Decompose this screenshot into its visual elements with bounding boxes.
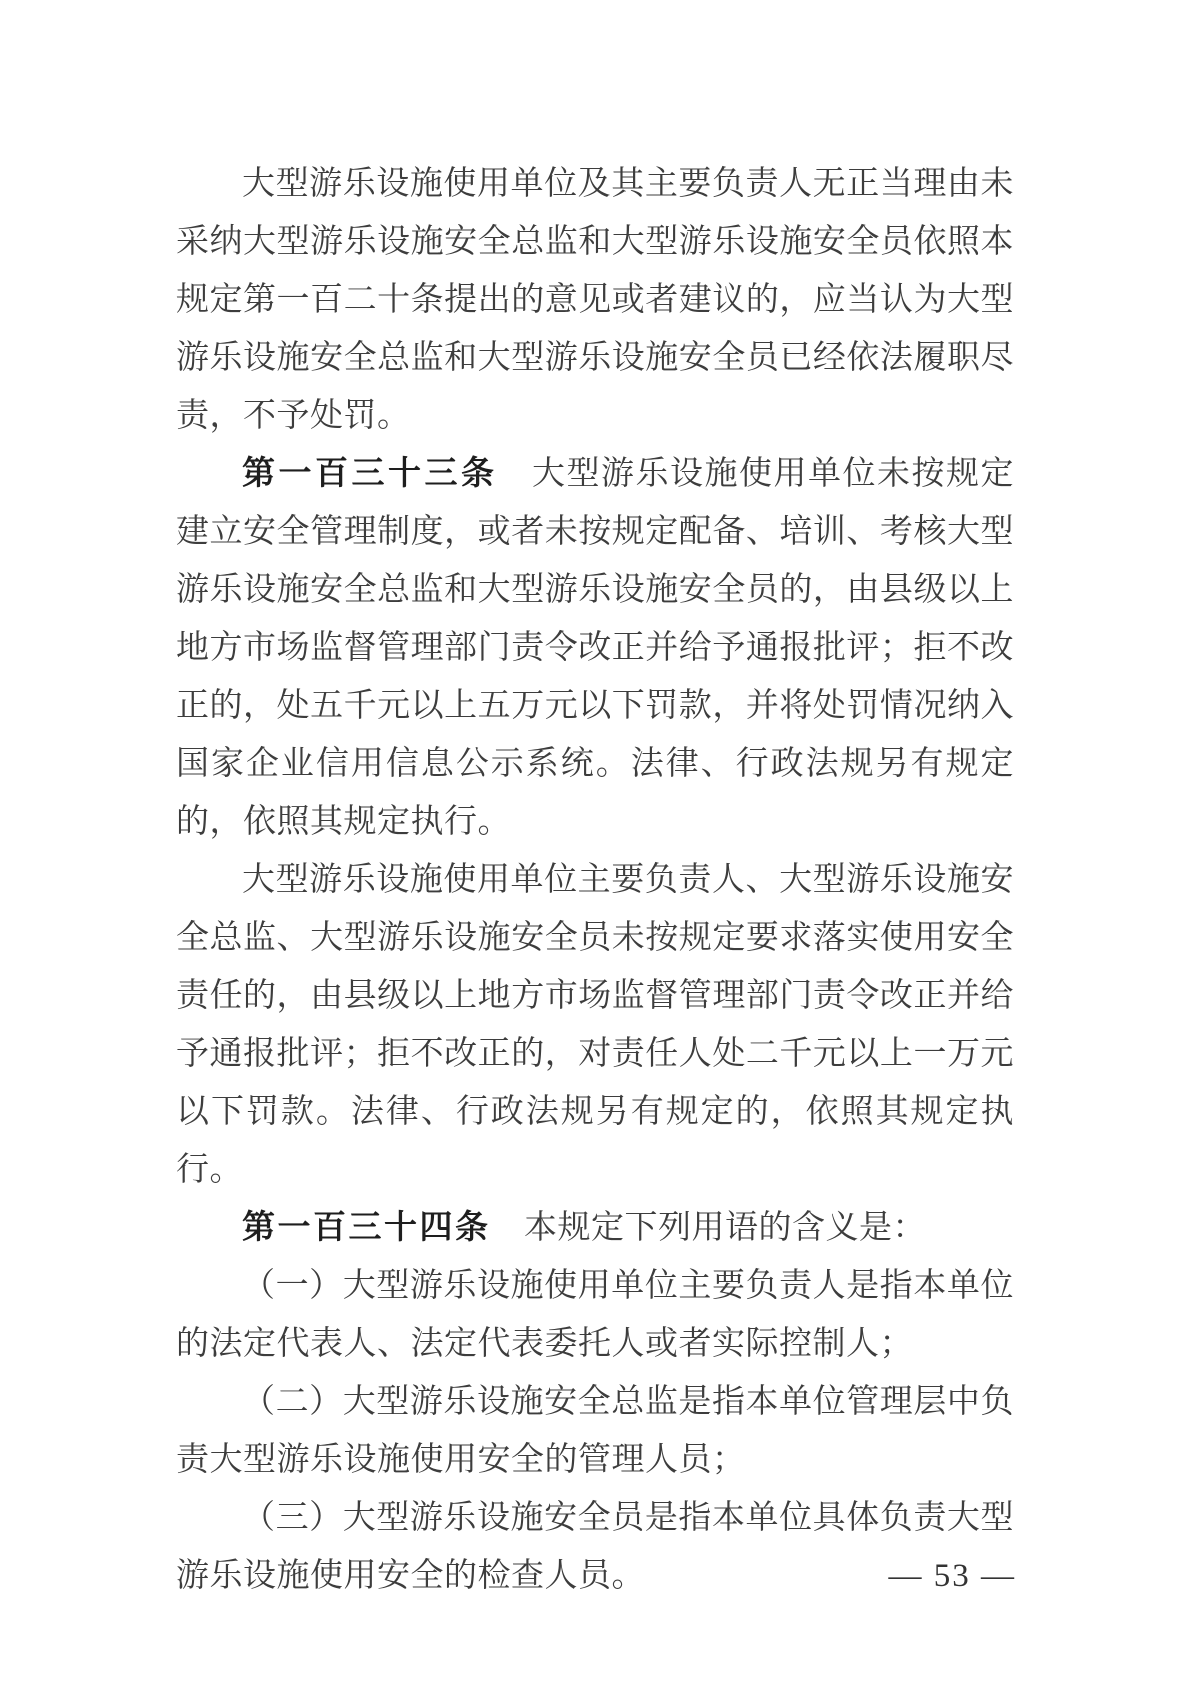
paragraph: 大型游乐设施使用单位及其主要负责人无正当理由未采纳大型游乐设施安全总监和大型游乐… — [176, 155, 1014, 445]
article-number: 第一百三十三条 — [242, 456, 498, 492]
document-page: 大型游乐设施使用单位及其主要负责人无正当理由未采纳大型游乐设施安全总监和大型游乐… — [0, 0, 1190, 1683]
paragraph: （二）大型游乐设施安全总监是指本单位管理层中负责大型游乐设施使用安全的管理人员； — [176, 1373, 1014, 1489]
paragraph: 大型游乐设施使用单位主要负责人、大型游乐设施安全总监、大型游乐设施安全员未按规定… — [176, 851, 1014, 1199]
paragraph-text: 大型游乐设施使用单位主要负责人、大型游乐设施安全总监、大型游乐设施安全员未按规定… — [176, 862, 1014, 1188]
paragraph: 第一百三十三条 大型游乐设施使用单位未按规定建立安全管理制度，或者未按规定配备、… — [176, 445, 1014, 851]
paragraph-text: （一）大型游乐设施使用单位主要负责人是指本单位的法定代表人、法定代表委托人或者实… — [176, 1268, 1014, 1362]
article-number: 第一百三十四条 — [242, 1210, 491, 1246]
paragraph-text: 大型游乐设施使用单位及其主要负责人无正当理由未采纳大型游乐设施安全总监和大型游乐… — [176, 166, 1014, 434]
paragraph: 第一百三十四条 本规定下列用语的含义是： — [176, 1199, 1014, 1257]
paragraph-text: 大型游乐设施使用单位未按规定建立安全管理制度，或者未按规定配备、培训、考核大型游… — [176, 456, 1014, 840]
body-text: 大型游乐设施使用单位及其主要负责人无正当理由未采纳大型游乐设施安全总监和大型游乐… — [176, 155, 1014, 1605]
page-number: — 53 — — [889, 1556, 1017, 1596]
paragraph-text: （二）大型游乐设施安全总监是指本单位管理层中负责大型游乐设施使用安全的管理人员； — [176, 1384, 1014, 1478]
paragraph-text: 本规定下列用语的含义是： — [491, 1210, 927, 1246]
paragraph: （一）大型游乐设施使用单位主要负责人是指本单位的法定代表人、法定代表委托人或者实… — [176, 1257, 1014, 1373]
